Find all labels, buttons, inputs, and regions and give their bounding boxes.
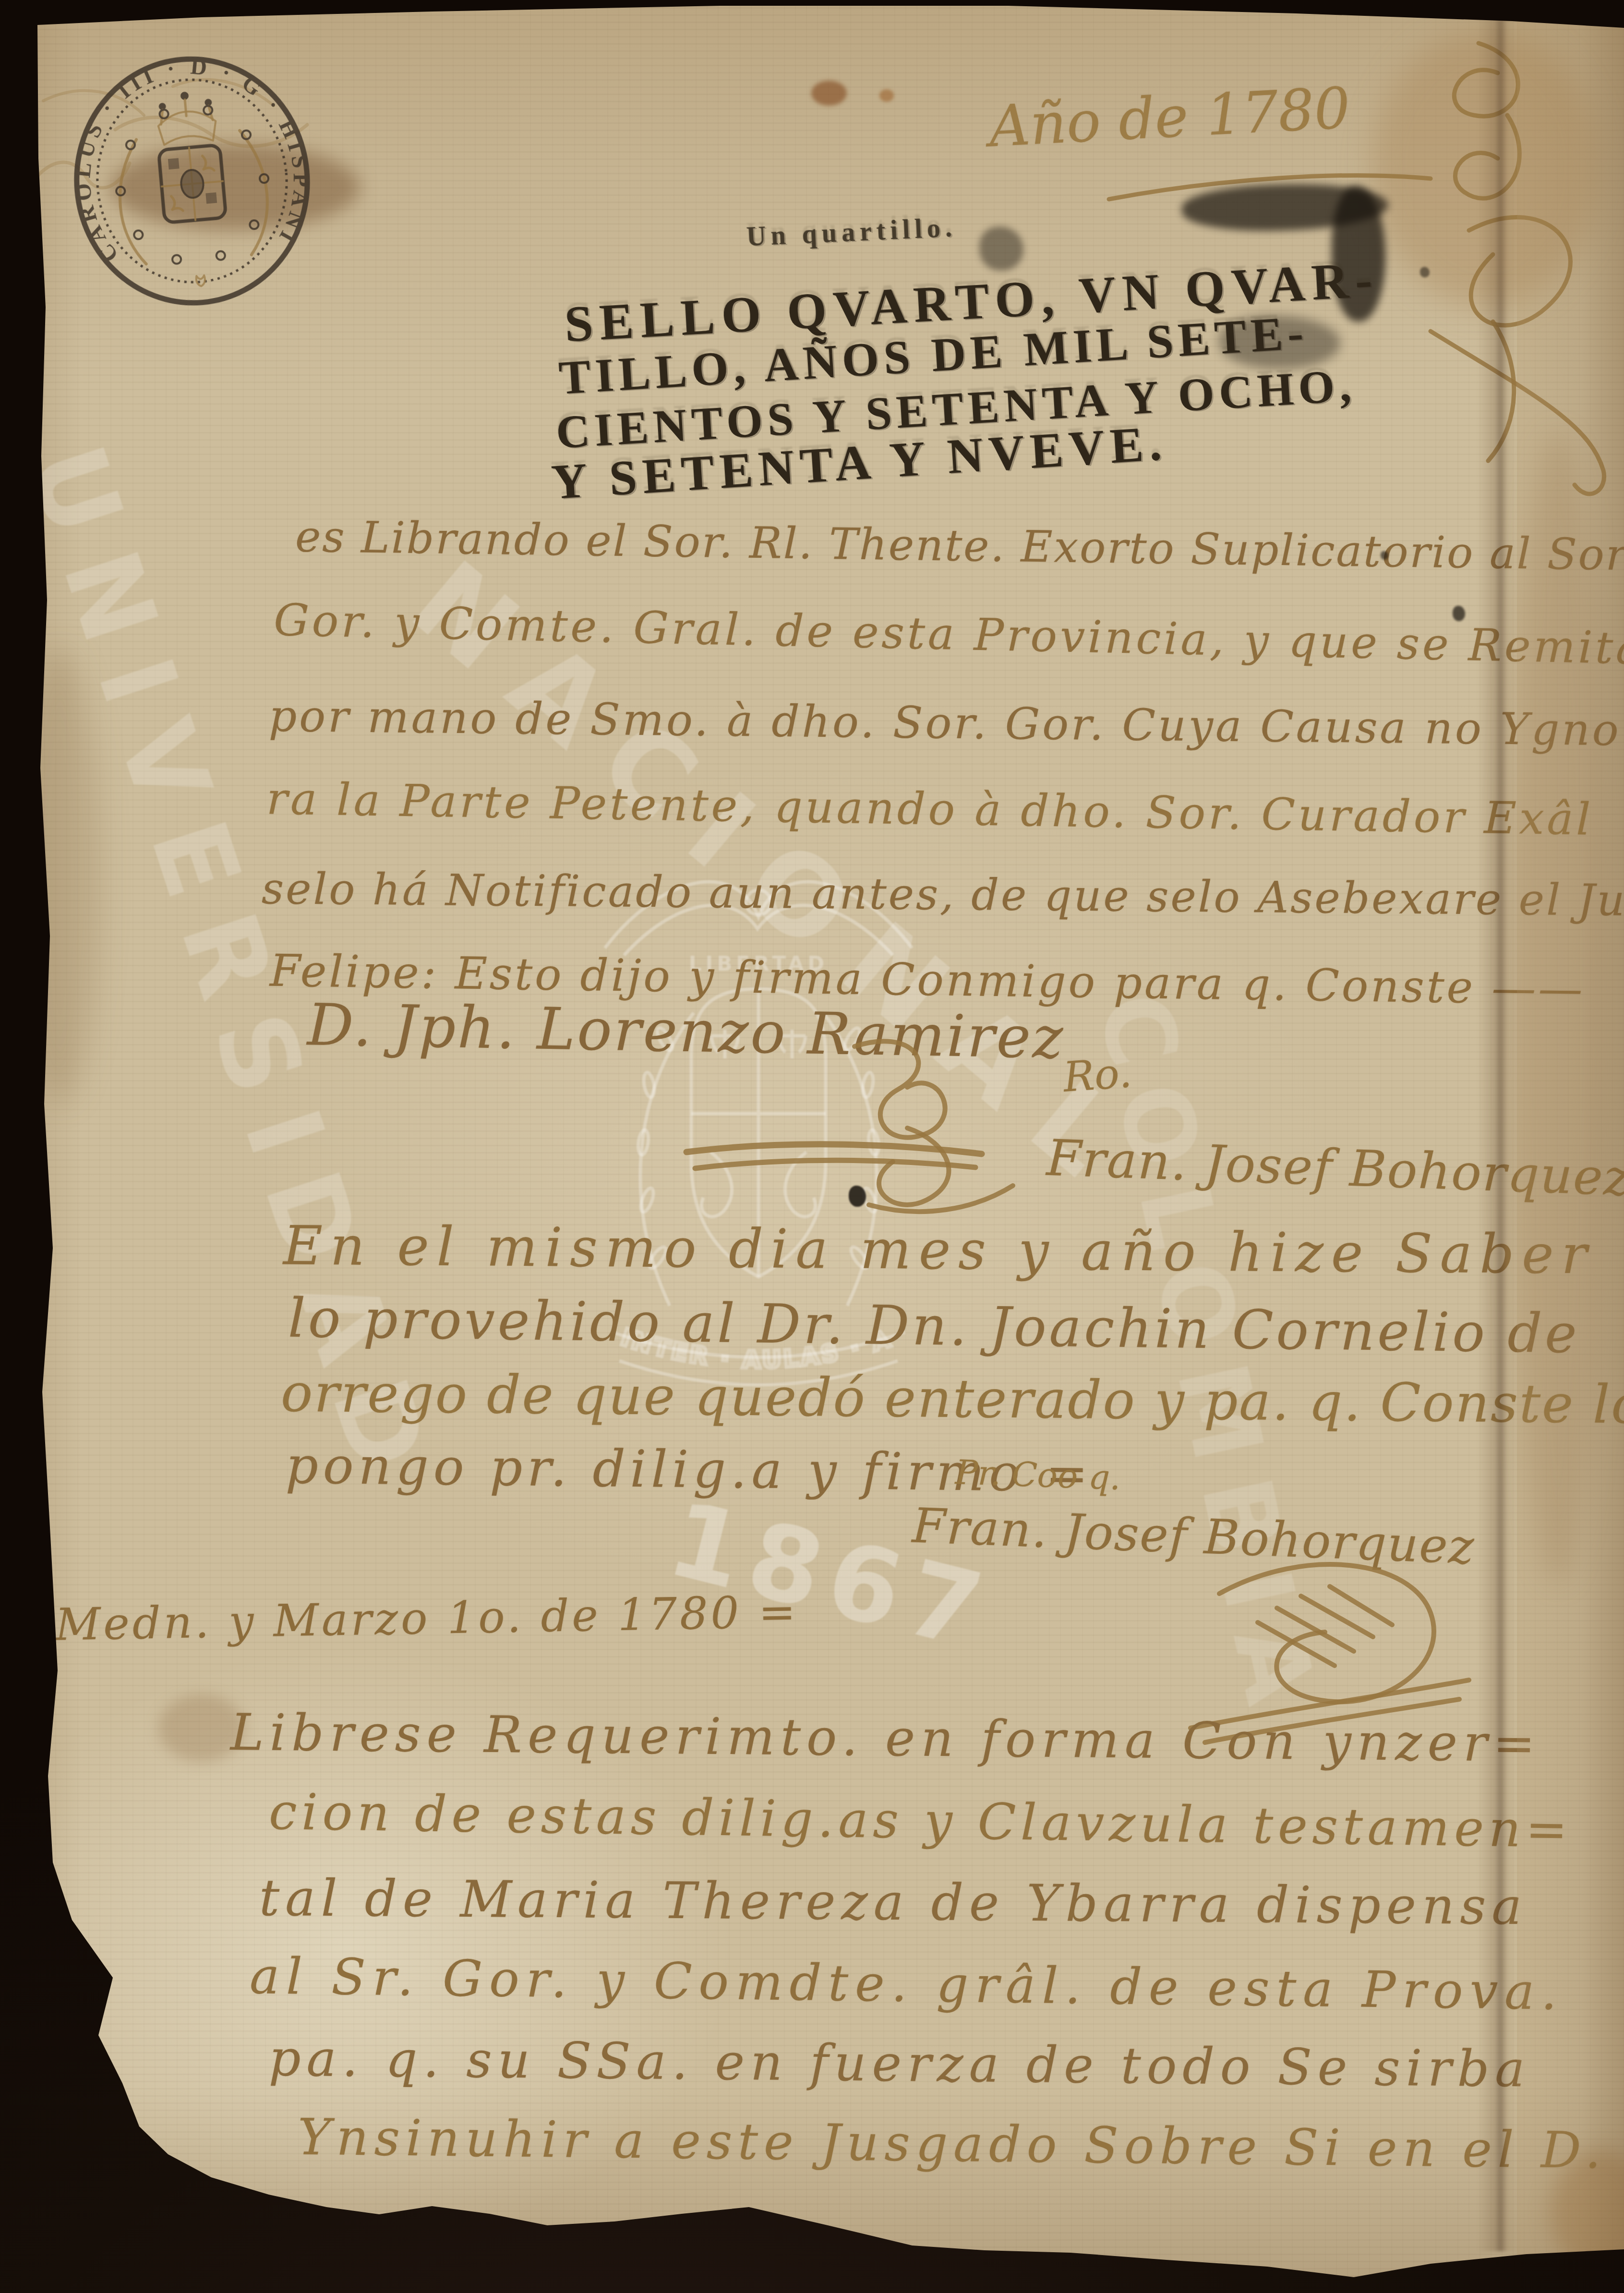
ink-blot	[849, 1186, 866, 1207]
handwritten-line: pa. q. su SSa. en fuerza de todo Se sirb…	[269, 2029, 1531, 2099]
fold-crease	[1478, 19, 1519, 2251]
handwritten-line: Librese Requerimto. en forma Con ynzer=	[230, 1703, 1541, 1773]
signature-abbreviation: Ro.	[1062, 1049, 1133, 1102]
ink-stamp-fragment	[979, 227, 1023, 271]
scanned-manuscript-photo: { "page": { "background_color": "#100905…	[0, 0, 1624, 2293]
ink-blot	[1381, 551, 1388, 560]
ink-blot	[1453, 606, 1465, 621]
ink-blot	[1420, 267, 1430, 277]
handwritten-line: tal de Maria Thereza de Ybarra dispensa	[259, 1869, 1528, 1936]
paper-sheet: UNIVERSIDAD NACIONAL COLOMBIA 1867 LIBER…	[0, 0, 1624, 2293]
handwritten-line: orrego de que quedó enterado y pa. q. Co…	[280, 1362, 1624, 1436]
signature-abbreviation: Pr. Coo q.	[955, 1453, 1121, 1498]
handwritten-line: En el mismo dia mes y año hize Saber	[283, 1214, 1595, 1286]
double-underline-flourish	[682, 1137, 994, 1180]
folded-page-edge	[1517, 19, 1624, 2256]
royal-seal-stamp: CAROLUS · III · D · G · HISPANIAR · REX	[56, 40, 328, 322]
